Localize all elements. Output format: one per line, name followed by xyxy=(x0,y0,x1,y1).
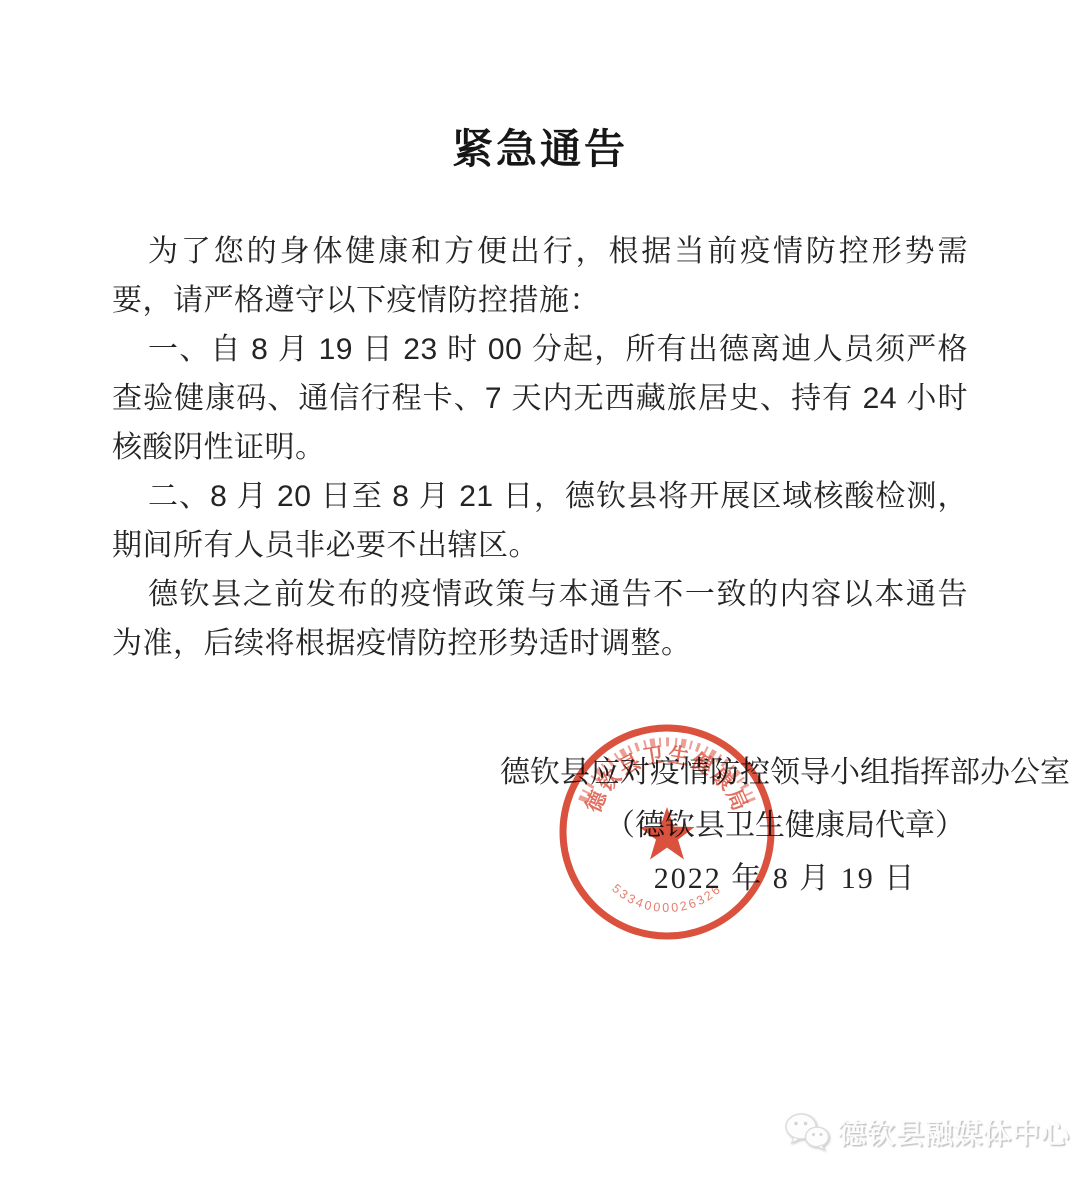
notice-paragraph-rule-2: 二、8 月 20 日至 8 月 21 日，德钦县将开展区域核酸检测，期间所有人员… xyxy=(112,472,968,570)
notice-paragraph-closing: 德钦县之前发布的疫情政策与本通告不一致的内容以本通告为准，后续将根据疫情防控形势… xyxy=(112,570,968,668)
watermark-label: 德钦县融媒体中心 xyxy=(838,1112,1070,1152)
signature-block: 德钦县应对疫情防控领导小组指挥部办公室 （德钦县卫生健康局代章） 2022 年 … xyxy=(500,746,1070,905)
notice-document: 紧急通告 为了您的身体健康和方便出行，根据当前疫情防控形势需要，请严格遵守以下疫… xyxy=(0,0,1080,1188)
signature-date: 2022 年 8 月 19 日 xyxy=(500,852,1070,905)
signature-issuer: 德钦县应对疫情防控领导小组指挥部办公室 xyxy=(500,746,1070,799)
media-center-watermark: 德钦县融媒体中心 xyxy=(784,1112,1070,1152)
wechat-icon xyxy=(784,1112,830,1152)
signature-agency-note: （德钦县卫生健康局代章） xyxy=(500,799,1070,852)
notice-paragraph-intro: 为了您的身体健康和方便出行，根据当前疫情防控形势需要，请严格遵守以下疫情防控措施… xyxy=(112,227,968,325)
page-title: 紧急通告 xyxy=(0,0,1080,175)
notice-body: 为了您的身体健康和方便出行，根据当前疫情防控形势需要，请严格遵守以下疫情防控措施… xyxy=(0,175,1080,668)
notice-paragraph-rule-1: 一、自 8 月 19 日 23 时 00 分起，所有出德离迪人员须严格查验健康码… xyxy=(112,325,968,472)
